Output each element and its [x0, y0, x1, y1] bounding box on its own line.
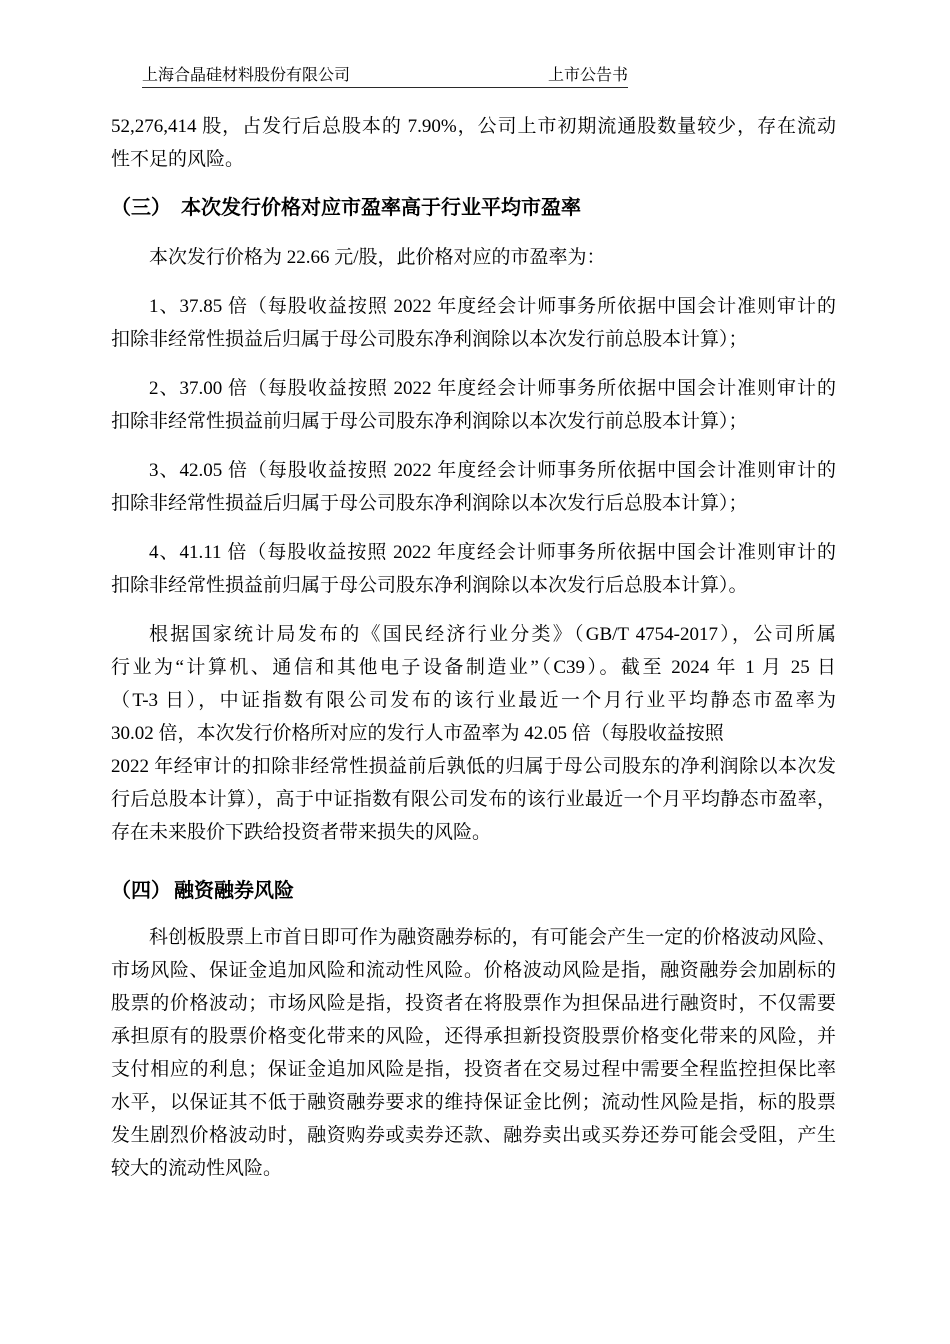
paragraph-pe-item-3: 3、42.05 倍（每股收益按照 2022 年度经会计师事务所依据中国会计准则审…: [111, 454, 836, 520]
section-heading-4-number: （四）: [111, 880, 171, 902]
section-heading-4-title: 融资融券风险: [174, 880, 294, 902]
text-line: 市场风险、保证金追加风险和流动性风险。价格波动风险是指，融资融券会加剧标的: [111, 954, 836, 987]
text-line: 存在未来股价下跌给投资者带来损失的风险。: [111, 816, 836, 849]
text-line: 扣除非经常性损益前归属于母公司股东净利润除以本次发行前总股本计算）；: [111, 405, 836, 438]
paragraph-industry-pe: 根据国家统计局发布的《国民经济行业分类》（GB/T 4754-2017），公司所…: [111, 618, 836, 849]
text-line: 行业为“计算机、通信和其他电子设备制造业”（C39）。截至 2024 年 1 月…: [111, 651, 836, 684]
text-line: 行后总股本计算），高于中证指数有限公司发布的该行业最近一个月平均静态市盈率，: [111, 783, 836, 816]
text-line: 股票的价格波动；市场风险是指，投资者在将股票作为担保品进行融资时，不仅需要: [111, 987, 836, 1020]
header-doc-title: 上市公告书: [548, 66, 628, 85]
document-page: 上海合晶硅材料股份有限公司 上市公告书 52,276,414 股，占发行后总股本…: [0, 0, 950, 1344]
text-line: 1、37.85 倍（每股收益按照 2022 年度经会计师事务所依据中国会计准则审…: [111, 290, 836, 323]
text-line: 2、37.00 倍（每股收益按照 2022 年度经会计师事务所依据中国会计准则审…: [111, 372, 836, 405]
section-heading-3: （三）本次发行价格对应市盈率高于行业平均市盈率: [111, 192, 836, 225]
text-line: 本次发行价格为 22.66 元/股，此价格对应的市盈率为：: [111, 241, 836, 274]
text-line: 根据国家统计局发布的《国民经济行业分类》（GB/T 4754-2017），公司所…: [111, 618, 836, 651]
text-line: 发生剧烈价格波动时，融资购券或卖券还款、融券卖出或买券还券可能会受阻，产生: [111, 1119, 836, 1152]
page-header: 上海合晶硅材料股份有限公司 上市公告书: [142, 66, 628, 88]
paragraph-liquidity-risk: 52,276,414 股，占发行后总股本的 7.90%，公司上市初期流通股数量较…: [111, 110, 836, 176]
section-heading-4: （四）融资融券风险: [111, 875, 836, 908]
text-line: 2022 年经审计的扣除非经常性损益前后孰低的归属于母公司股东的净利润除以本次发: [111, 750, 836, 783]
text-line: 扣除非经常性损益后归属于母公司股东净利润除以本次发行前总股本计算）；: [111, 323, 836, 356]
section-heading-3-title: 本次发行价格对应市盈率高于行业平均市盈率: [181, 197, 581, 219]
text-line: 承担原有的股票价格变化带来的风险，还得承担新投资股票价格变化带来的风险，并: [111, 1020, 836, 1053]
text-line: 支付相应的利息；保证金追加风险是指，投资者在交易过程中需要全程监控担保比率: [111, 1053, 836, 1086]
section-heading-3-number: （三）: [111, 197, 171, 219]
paragraph-pe-item-4: 4、41.11 倍（每股收益按照 2022 年度经会计师事务所依据中国会计准则审…: [111, 536, 836, 602]
text-line: 扣除非经常性损益后归属于母公司股东净利润除以本次发行后总股本计算）；: [111, 487, 836, 520]
text-line: 较大的流动性风险。: [111, 1152, 836, 1185]
text-line: 30.02 倍，本次发行价格所对应的发行人市盈率为 42.05 倍（每股收益按照: [111, 717, 836, 750]
paragraph-pe-intro: 本次发行价格为 22.66 元/股，此价格对应的市盈率为：: [111, 241, 836, 274]
paragraph-margin-trading-risk: 科创板股票上市首日即可作为融资融券标的，有可能会产生一定的价格波动风险、 市场风…: [111, 921, 836, 1185]
paragraph-pe-item-1: 1、37.85 倍（每股收益按照 2022 年度经会计师事务所依据中国会计准则审…: [111, 290, 836, 356]
header-company-name: 上海合晶硅材料股份有限公司: [142, 66, 350, 85]
text-line: 52,276,414 股，占发行后总股本的 7.90%，公司上市初期流通股数量较…: [111, 110, 836, 143]
text-line: 科创板股票上市首日即可作为融资融券标的，有可能会产生一定的价格波动风险、: [111, 921, 836, 954]
text-line: 3、42.05 倍（每股收益按照 2022 年度经会计师事务所依据中国会计准则审…: [111, 454, 836, 487]
text-line: 扣除非经常性损益前归属于母公司股东净利润除以本次发行后总股本计算）。: [111, 569, 836, 602]
text-line: 4、41.11 倍（每股收益按照 2022 年度经会计师事务所依据中国会计准则审…: [111, 536, 836, 569]
document-body: 52,276,414 股，占发行后总股本的 7.90%，公司上市初期流通股数量较…: [111, 110, 836, 1185]
text-line: （T-3 日），中证指数有限公司发布的该行业最近一个月行业平均静态市盈率为: [111, 684, 836, 717]
text-line: 水平，以保证其不低于融资融券要求的维持保证金比例；流动性风险是指，标的股票: [111, 1086, 836, 1119]
paragraph-pe-item-2: 2、37.00 倍（每股收益按照 2022 年度经会计师事务所依据中国会计准则审…: [111, 372, 836, 438]
text-line: 性不足的风险。: [111, 143, 836, 176]
